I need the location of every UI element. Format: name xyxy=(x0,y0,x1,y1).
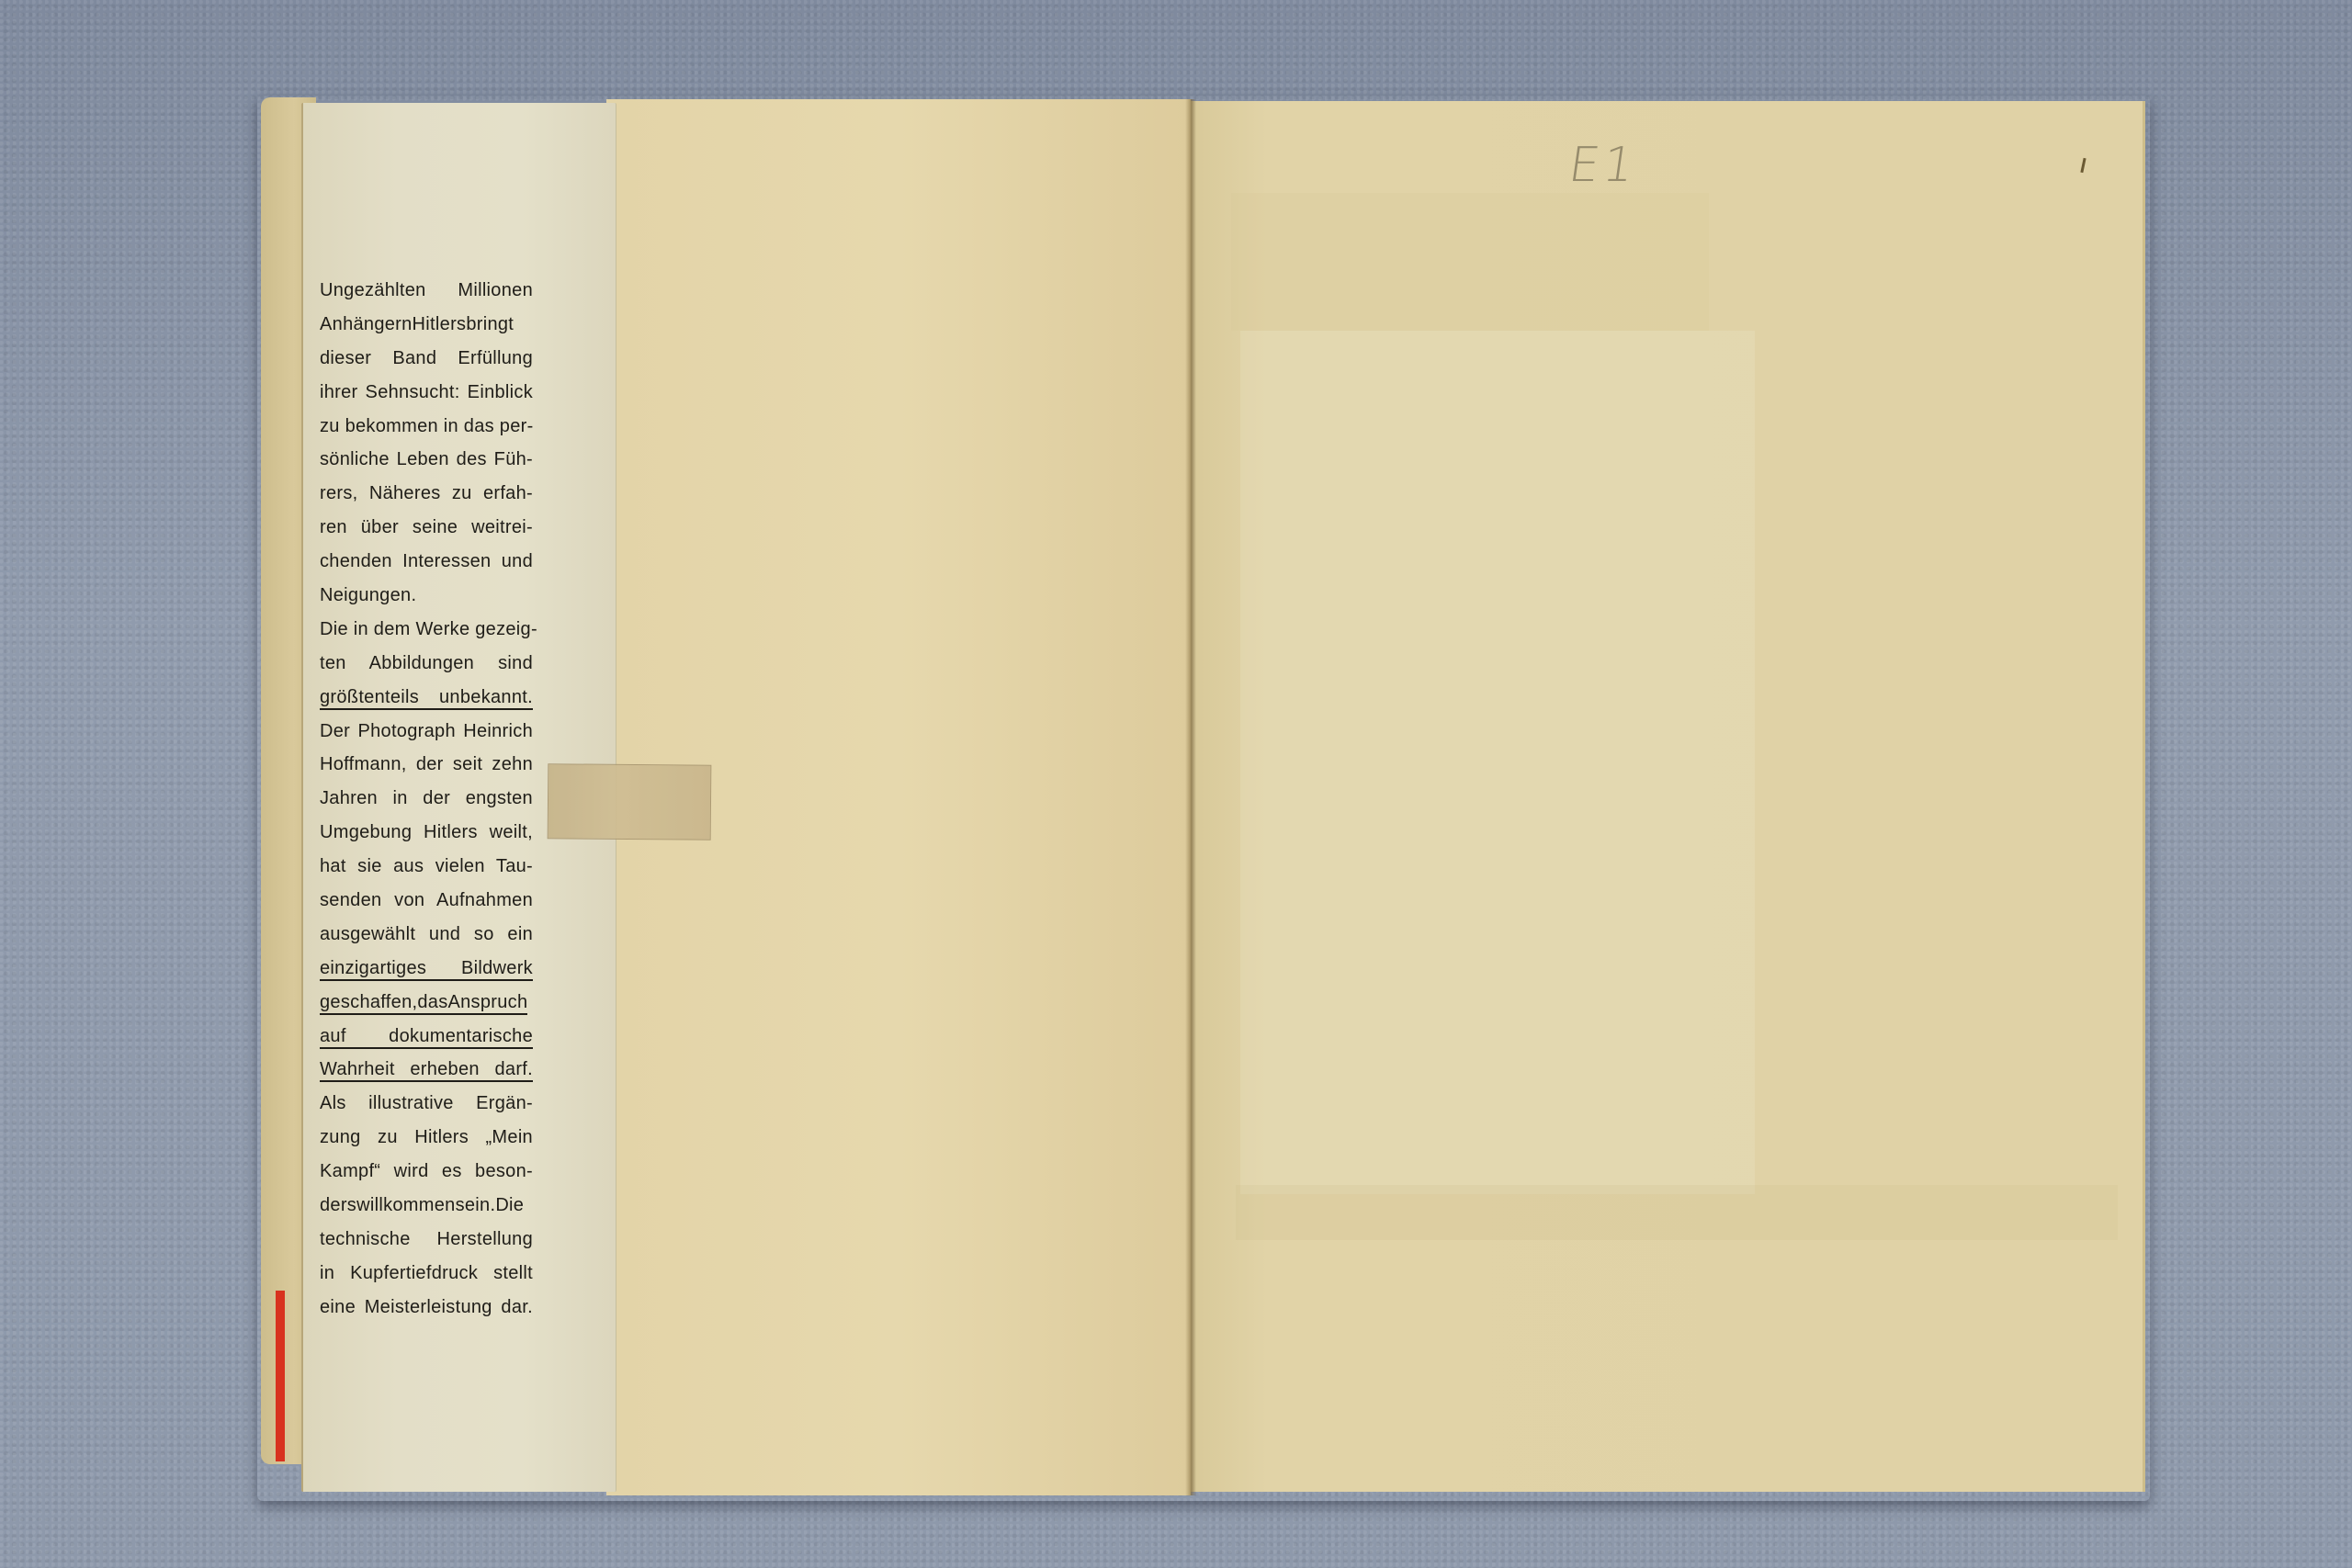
underlined-text: Wahrheit erheben darf. xyxy=(320,1059,533,1082)
blurb-line: ren über seine weitrei- xyxy=(320,511,533,545)
blurb-line: Der Photograph Heinrich xyxy=(320,715,533,749)
underlined-text: einzigartiges Bildwerk xyxy=(320,958,533,981)
blurb-line-underlined: geschaffen,dasAnspruch xyxy=(320,986,533,1020)
blurb-line: rers, Näheres zu erfah- xyxy=(320,477,533,511)
blurb-line: eine Meisterleistung dar. xyxy=(320,1291,533,1325)
blurb-line: sönliche Leben des Füh- xyxy=(320,443,533,477)
page-stain-top xyxy=(1231,193,1709,331)
blurb-line: Neigungen. xyxy=(320,579,533,613)
blurb-line: in Kupfertiefdruck stellt xyxy=(320,1257,533,1291)
blurb-line: ten Abbildungen sind xyxy=(320,647,533,681)
blurb-line: derswillkommensein.Die xyxy=(320,1189,533,1223)
book-gutter xyxy=(1185,99,1196,1495)
blurb-line-underlined: auf dokumentarische xyxy=(320,1020,533,1054)
blurb-line: Die in dem Werke gezeig- xyxy=(320,613,533,647)
blurb-line: Hoffmann, der seit zehn xyxy=(320,748,533,782)
underlined-text: größtenteils unbekannt. xyxy=(320,687,533,710)
blurb-line: technische Herstellung xyxy=(320,1223,533,1257)
handwritten-mark: E1 xyxy=(1566,138,1641,193)
blurb-line: Als illustrative Ergän- xyxy=(320,1087,533,1121)
red-cover-strip xyxy=(276,1291,285,1461)
blurb-line: Umgebung Hitlers weilt, xyxy=(320,816,533,850)
blurb-line: Ungezählten Millionen xyxy=(320,274,533,308)
underlined-text: auf dokumentarische xyxy=(320,1026,533,1049)
blurb-line: AnhängernHitlersbringt xyxy=(320,308,533,342)
blurb-line: zu bekommen in das per- xyxy=(320,410,533,444)
blurb-line-underlined: größtenteils unbekannt. xyxy=(320,681,533,715)
blurb-line: Kampf“ wird es beson- xyxy=(320,1155,533,1189)
flap-blurb: Ungezählten Millionen AnhängernHitlersbr… xyxy=(320,274,533,1325)
blurb-line-underlined: einzigartiges Bildwerk xyxy=(320,952,533,986)
blurb-line: chenden Interessen und xyxy=(320,545,533,579)
blurb-line: zung zu Hitlers „Mein xyxy=(320,1121,533,1155)
adhesive-tape xyxy=(548,763,712,840)
blurb-line: hat sie aus vielen Tau- xyxy=(320,850,533,884)
blurb-line-underlined: Wahrheit erheben darf. xyxy=(320,1053,533,1087)
blurb-line: ausgewählt und so ein xyxy=(320,918,533,952)
blurb-line: senden von Aufnahmen xyxy=(320,884,533,918)
page-stain-bottom xyxy=(1236,1185,2118,1240)
underlined-text: geschaffen,dasAnspruch xyxy=(320,992,527,1015)
blurb-line: Jahren in der engsten xyxy=(320,782,533,816)
blurb-line: ihrer Sehnsucht: Einblick xyxy=(320,376,533,410)
blurb-line: dieser Band Erfüllung xyxy=(320,342,533,376)
page-ghost-image-area xyxy=(1240,331,1755,1194)
